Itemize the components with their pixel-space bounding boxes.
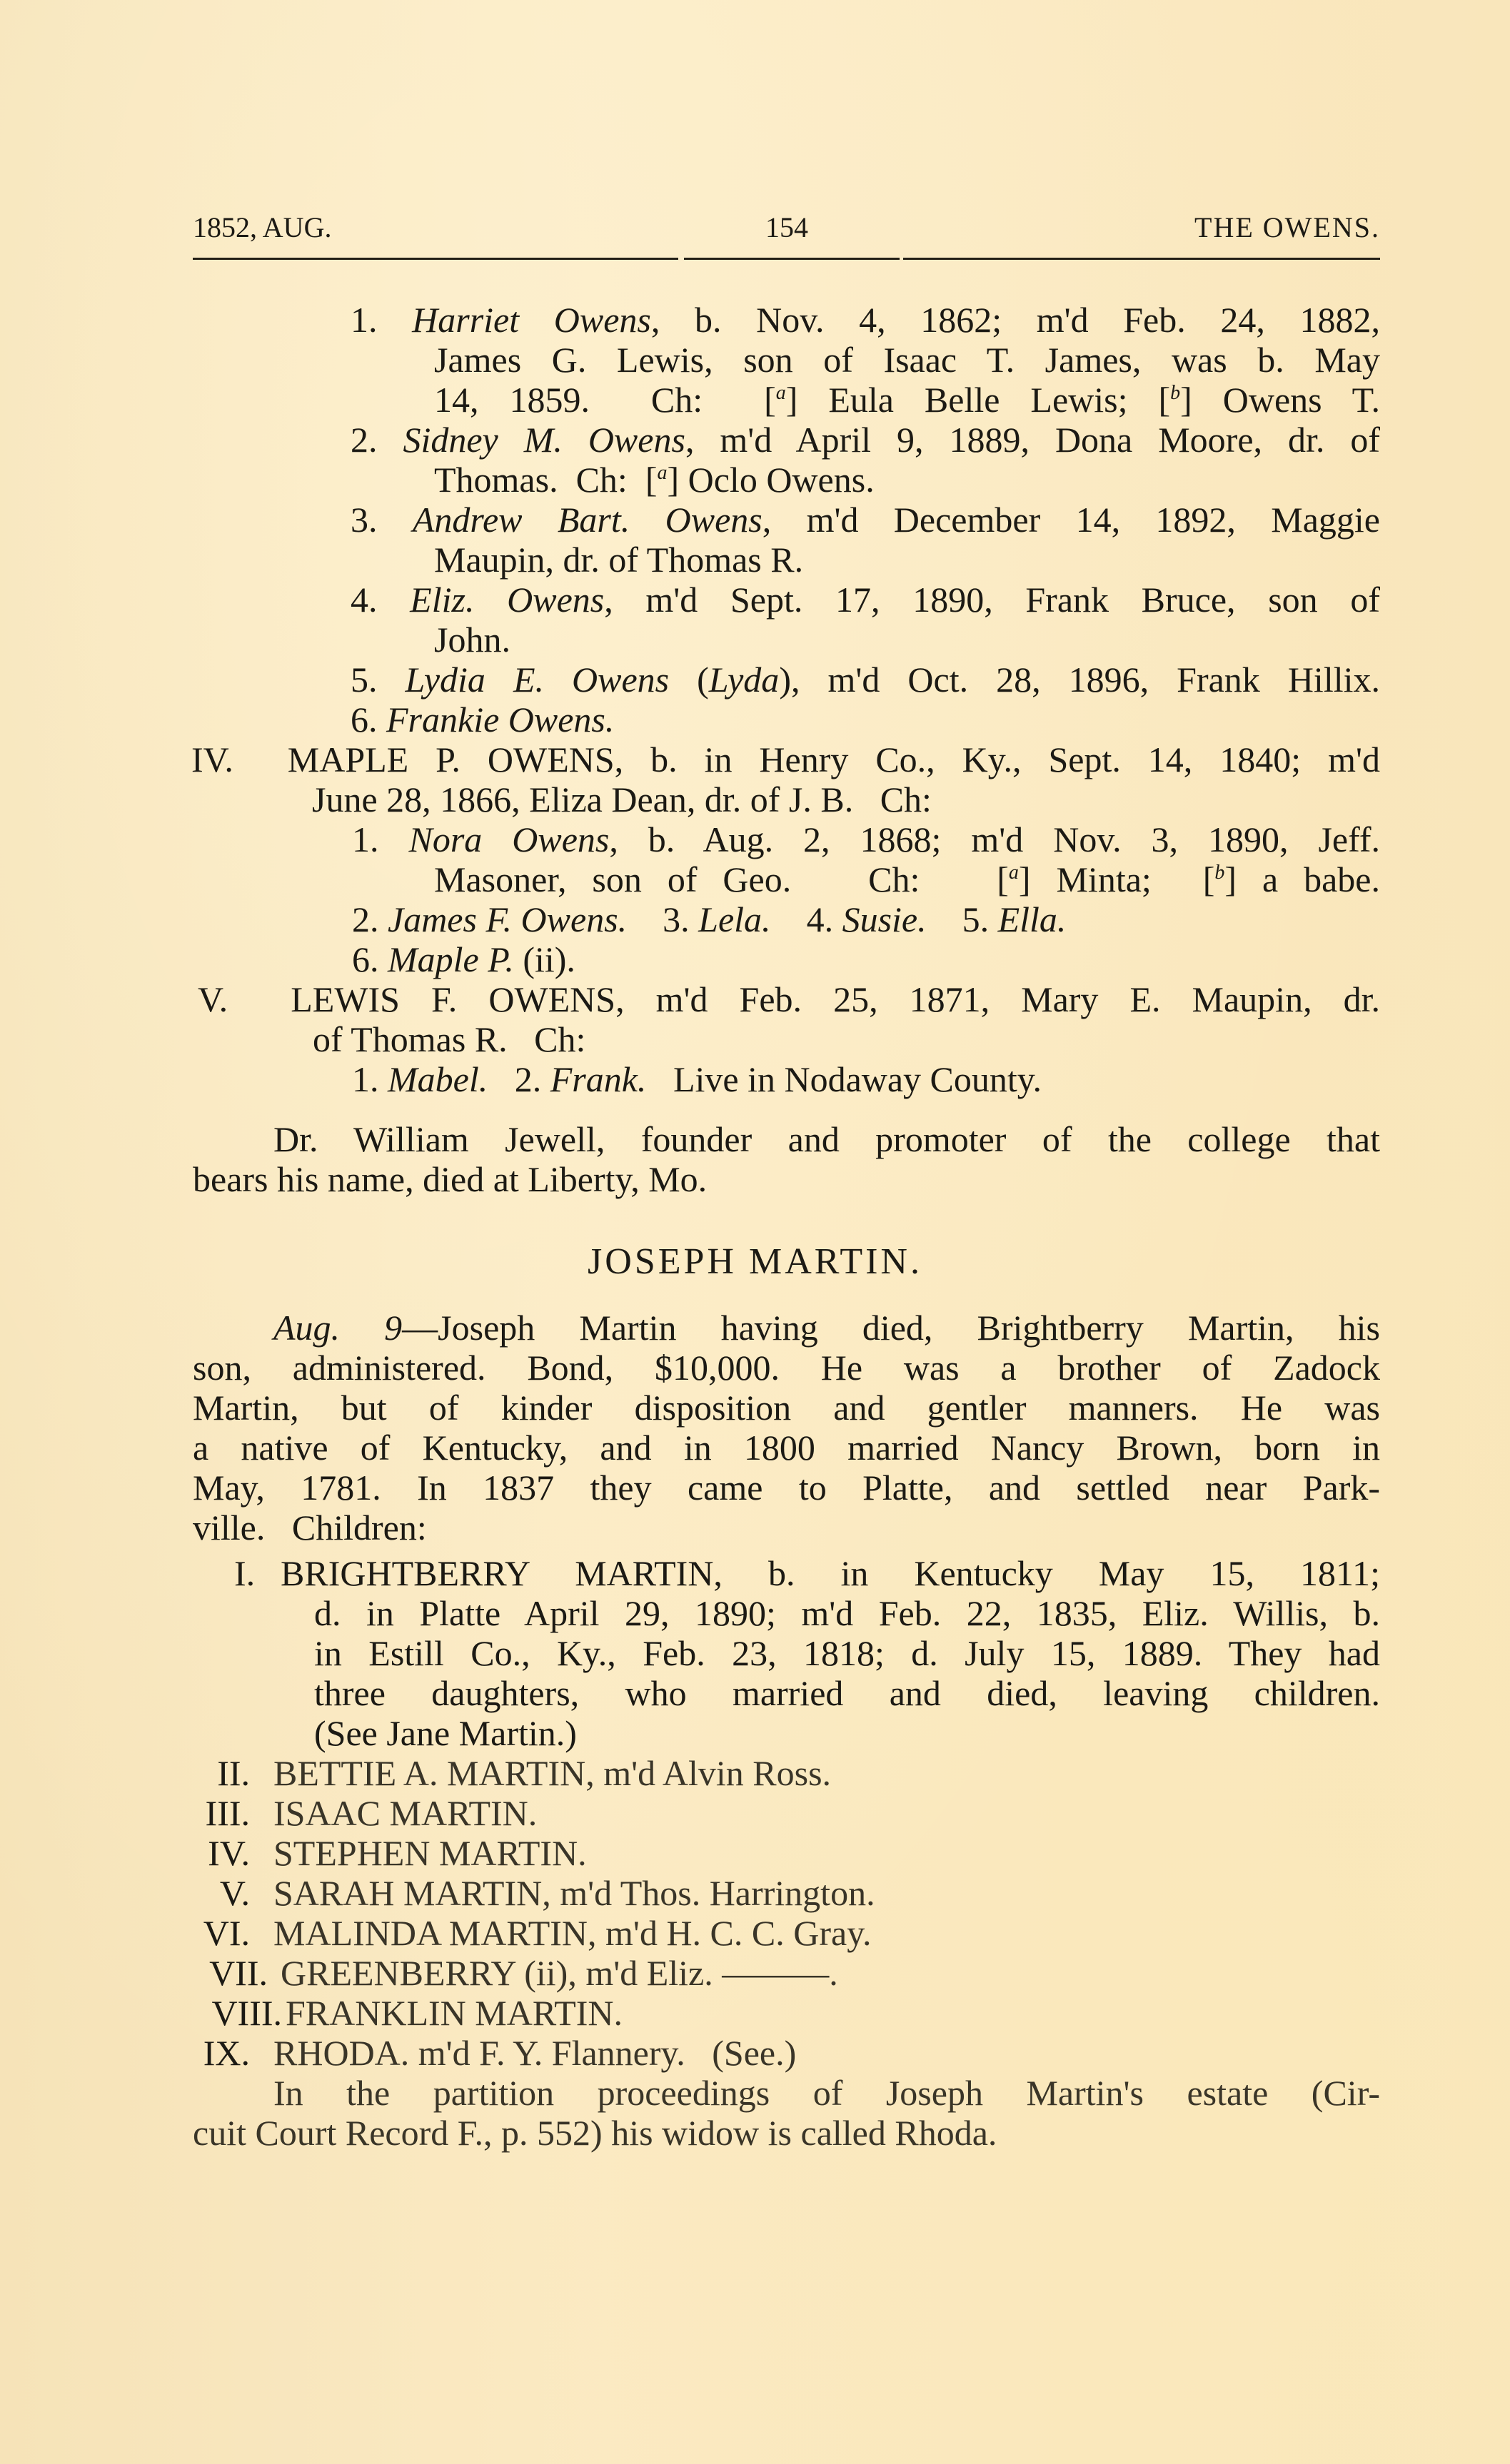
person-name: Andrew Bart. Owens — [413, 500, 762, 540]
running-header-right: THE OWENS. — [1144, 212, 1380, 243]
person-name: Harriet Owens — [412, 300, 651, 340]
line: Thomas. Ch: [a] Oclo Owens. — [434, 460, 875, 500]
header-rule-left — [193, 258, 678, 260]
entry-text: ] a babe. — [1224, 859, 1380, 899]
child-entry: STEPHEN MARTIN. — [273, 1833, 587, 1873]
person-name: Mabel. — [388, 1059, 488, 1099]
line: 1. Nora Owens, b. Aug. 2, 1868; m'd Nov.… — [352, 819, 1380, 859]
entry-text: ] Owens T. — [1180, 380, 1380, 420]
entry-text: Masoner, son of Geo. Ch: [ — [434, 859, 1009, 899]
person-name: Lela. — [698, 899, 770, 939]
line: BRIGHTBERRY MARTIN, b. in Kentucky May 1… — [281, 1553, 1380, 1593]
entry-text: Thomas. Ch: [ — [434, 460, 657, 500]
line: June 28, 1866, Eliza Dean, dr. of J. B. … — [312, 779, 932, 819]
line: 14, 1859. Ch: [a] Eula Belle Lewis; [b] … — [434, 380, 1380, 420]
person-name: James F. Owens. — [388, 899, 627, 939]
line: bears his name, died at Liberty, Mo. — [193, 1159, 707, 1199]
line: 4. Eliz. Owens, m'd Sept. 17, 1890, Fran… — [351, 580, 1380, 620]
footnote-marker: a — [1009, 862, 1019, 884]
entry-text: ] Minta; [ — [1019, 859, 1215, 899]
person-name: Eliz. Owens — [410, 580, 604, 620]
line: 3. Andrew Bart. Owens, m'd December 14, … — [351, 500, 1380, 540]
line: 6. Frankie Owens. — [351, 700, 614, 739]
line: Martin, but of kinder disposition and ge… — [193, 1388, 1380, 1428]
child-entry: BETTIE A. MARTIN, m'd Alvin Ross. — [273, 1753, 831, 1793]
line: cuit Court Record F., p. 552) his widow … — [193, 2113, 997, 2153]
section-heading: JOSEPH MARTIN. — [0, 1241, 1510, 1283]
roman-numeral: IV. — [191, 739, 233, 779]
entry-number: 2. — [515, 1059, 542, 1099]
person-name: Frank. — [550, 1059, 647, 1099]
person-name: Ella. — [998, 899, 1067, 939]
entry-number: 6. — [351, 700, 378, 739]
person-name: Susie. — [842, 899, 927, 939]
roman-numeral: V. — [178, 1873, 250, 1913]
footnote-marker: b — [1170, 382, 1180, 404]
child-entry: GREENBERRY (ii), m'd Eliz. ———. — [281, 1953, 838, 1993]
entry-text: MAPLE P. OWENS, b. in Henry Co., Ky., Se… — [288, 739, 1380, 779]
entry-number: 2. — [351, 420, 378, 460]
person-name: Maple P. — [388, 939, 514, 979]
line: Masoner, son of Geo. Ch: [a] Minta; [b] … — [434, 859, 1380, 899]
child-entry: FRANKLIN MARTIN. — [286, 1993, 623, 2033]
child-entry: RHODA. m'd F. Y. Flannery. (See.) — [273, 2033, 796, 2073]
entry-text: ), m'd Oct. 28, 1896, Frank Hillix. — [779, 660, 1380, 700]
roman-numeral: V. — [198, 979, 228, 1019]
entry-number: 1. — [352, 819, 379, 859]
entry-number: 3. — [351, 500, 378, 540]
line: 2. Sidney M. Owens, m'd April 9, 1889, D… — [351, 420, 1380, 460]
entry-text: (ii). — [514, 939, 575, 979]
entry-number: 1. — [352, 1059, 379, 1099]
roman-numeral: IV. — [178, 1833, 250, 1873]
line: In the partition proceedings of Joseph M… — [273, 2073, 1380, 2113]
entry-text: Live in Nodaway County. — [673, 1059, 1042, 1099]
roman-numeral: VIII. — [178, 1993, 282, 2033]
person-name: Sidney M. Owens — [403, 420, 685, 460]
page-number: 154 — [765, 212, 808, 243]
header-rule-right — [903, 258, 1380, 260]
line: 5. Lydia E. Owens (Lyda), m'd Oct. 28, 1… — [351, 660, 1380, 700]
entry-number: 3. — [663, 899, 690, 939]
entry-number: 1. — [351, 300, 378, 340]
line: in Estill Co., Ky., Feb. 23, 1818; d. Ju… — [314, 1633, 1380, 1673]
nickname: Lyda — [709, 660, 780, 700]
entry-number: 2. — [352, 899, 379, 939]
line: ville. Children: — [193, 1508, 427, 1547]
roman-numeral: III. — [178, 1793, 250, 1833]
person-name: Lydia E. Owens — [406, 660, 670, 700]
entry-text: ( — [669, 660, 709, 700]
line: James G. Lewis, son of Isaac T. James, w… — [434, 340, 1380, 380]
entry-text: , b. Aug. 2, 1868; m'd Nov. 3, 1890, Jef… — [609, 819, 1380, 859]
roman-numeral: VII. — [178, 1953, 268, 1993]
entry-text: 14, 1859. Ch: [ — [434, 380, 776, 420]
child-entry: MALINDA MARTIN, m'd H. C. C. Gray. — [273, 1913, 871, 1953]
footnote-marker: a — [657, 462, 667, 484]
entry-text: , b. Nov. 4, 1862; m'd Feb. 24, 1882, — [651, 300, 1380, 340]
roman-numeral: IX. — [178, 2033, 250, 2073]
line: May, 1781. In 1837 they came to Platte, … — [193, 1468, 1380, 1508]
line: John. — [434, 620, 510, 660]
roman-numeral: II. — [191, 1753, 250, 1793]
line: Aug. 9—Joseph Martin having died, Bright… — [273, 1308, 1380, 1348]
entry-date: Aug. 9 — [273, 1308, 402, 1348]
child-entry: SARAH MARTIN, m'd Thos. Harrington. — [273, 1873, 875, 1913]
footnote-marker: b — [1214, 862, 1224, 884]
header-rule-center — [684, 258, 900, 260]
line: of Thomas R. Ch: — [313, 1019, 585, 1059]
child-entry: ISAAC MARTIN. — [273, 1793, 537, 1833]
entry-text: ] Oclo Owens. — [667, 460, 874, 500]
line: three daughters, who married and died, l… — [314, 1673, 1380, 1713]
line: (See Jane Martin.) — [314, 1713, 577, 1753]
line: V. LEWIS F. OWENS, m'd Feb. 25, 1871, Ma… — [198, 979, 1380, 1019]
line: d. in Platte April 29, 1890; m'd Feb. 22… — [314, 1593, 1380, 1633]
entry-text: —Joseph Martin having died, Brightberry … — [402, 1308, 1380, 1348]
line: son, administered. Bond, $10,000. He was… — [193, 1348, 1380, 1388]
line: Dr. William Jewell, founder and promoter… — [273, 1119, 1380, 1159]
line: 1. Mabel. 2. Frank. Live in Nodaway Coun… — [352, 1059, 1042, 1099]
footnote-marker: a — [776, 382, 786, 404]
entry-number: 5. — [351, 660, 378, 700]
entry-number: 4. — [351, 580, 378, 620]
entry-number: 4. — [807, 899, 834, 939]
line: 6. Maple P. (ii). — [352, 939, 575, 979]
entry-number: 5. — [962, 899, 990, 939]
line: IV. MAPLE P. OWENS, b. in Henry Co., Ky.… — [191, 739, 1380, 779]
entry-text: LEWIS F. OWENS, m'd Feb. 25, 1871, Mary … — [291, 979, 1380, 1019]
entry-text: , m'd April 9, 1889, Dona Moore, dr. of — [685, 420, 1380, 460]
line: a native of Kentucky, and in 1800 marrie… — [193, 1428, 1380, 1468]
line: Maupin, dr. of Thomas R. — [434, 540, 803, 580]
line: 1. Harriet Owens, b. Nov. 4, 1862; m'd F… — [351, 300, 1380, 340]
line: 2. James F. Owens. 3. Lela. 4. Susie. 5.… — [352, 899, 1066, 939]
roman-numeral: VI. — [178, 1913, 250, 1953]
entry-text: , m'd Sept. 17, 1890, Frank Bruce, son o… — [604, 580, 1380, 620]
entry-text: ] Eula Belle Lewis; [ — [786, 380, 1170, 420]
entry-number: 6. — [352, 939, 379, 979]
running-header-left: 1852, AUG. — [193, 212, 331, 243]
person-name: Nora Owens — [408, 819, 609, 859]
roman-numeral: I. — [234, 1553, 255, 1593]
person-name: Frankie Owens. — [386, 700, 614, 739]
entry-text: , m'd December 14, 1892, Maggie — [762, 500, 1380, 540]
